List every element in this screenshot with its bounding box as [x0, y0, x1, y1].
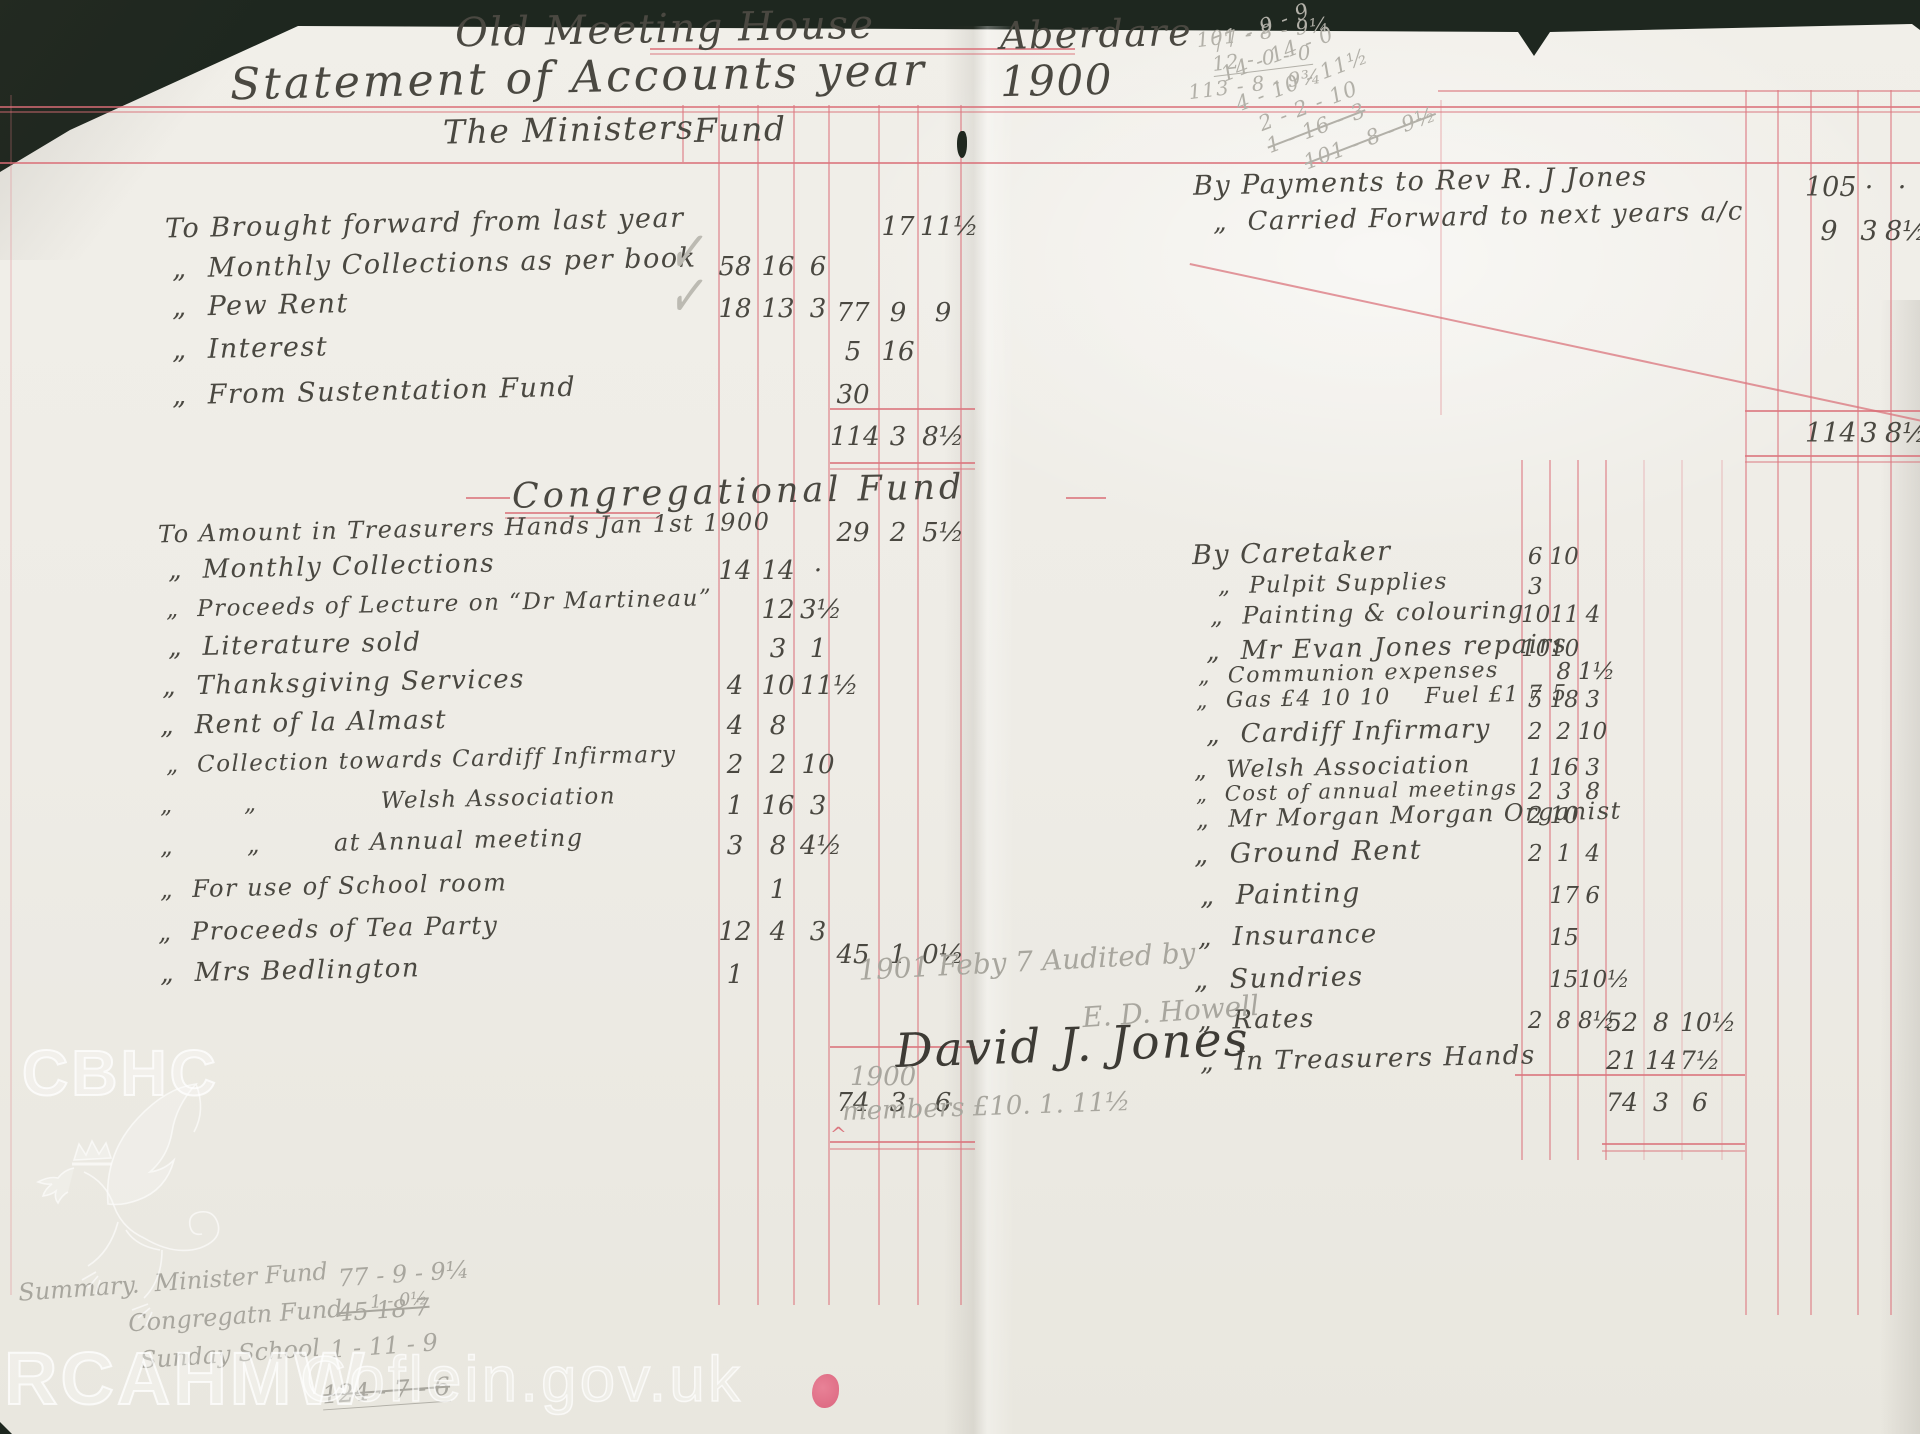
- amount-group: 1510½: [1521, 967, 1607, 993]
- col-rule: [917, 105, 919, 1305]
- amount-group: 1163: [1521, 755, 1607, 781]
- amount-group: 384½: [714, 831, 836, 861]
- amount-group: 31: [714, 634, 836, 664]
- col-rule-far-right: [1810, 90, 1812, 1315]
- col-rule-far-right: [1745, 90, 1747, 1315]
- amount-group: 21147½: [1602, 1046, 1720, 1075]
- amount-group: 105··: [1805, 172, 1919, 203]
- rule-below-cong-total-right-2: [1602, 1150, 1745, 1152]
- amount-group: 288½: [1521, 1008, 1607, 1034]
- amount-group: 210: [1521, 803, 1607, 829]
- amount-group: 52810½: [1602, 1008, 1720, 1037]
- doc-title-town: Aberdare: [1000, 10, 1193, 58]
- ledger-row-label: „ Mrs Bedlington: [160, 953, 421, 988]
- amount-group: 610: [1521, 544, 1607, 570]
- ledger-row-label: „ Painting: [1200, 877, 1362, 911]
- coflein-watermark: Coflein.gov.uk: [300, 1342, 743, 1416]
- rule-below-cong-total-right: [1602, 1143, 1745, 1145]
- amount-group: 238: [1521, 779, 1607, 805]
- right-edge-shadow: [1880, 300, 1920, 1434]
- pink-stain: [812, 1374, 839, 1408]
- year-note: 1900: [850, 1062, 916, 1092]
- ledger-row-label: „ Pulpit Supplies: [1218, 569, 1448, 600]
- amount-group: 1163: [714, 791, 836, 821]
- col-rule-far-right: [1890, 90, 1892, 1315]
- total-amount: 7436: [1602, 1088, 1720, 1117]
- ledger-row-label: „ Insurance: [1198, 919, 1378, 953]
- amount-group: 5183: [1521, 687, 1607, 713]
- col-rule: [757, 105, 759, 1305]
- col-rule-cong-right: [1721, 460, 1723, 1160]
- amount-group: 30: [830, 380, 966, 410]
- amount-group: 3: [1521, 574, 1607, 600]
- cong-title-dash-left: [466, 497, 510, 499]
- amount-group: 48: [714, 711, 836, 741]
- amount-group: 2210: [1521, 719, 1607, 745]
- amount-group: 41011½: [714, 671, 836, 701]
- doc-year: 1900: [999, 55, 1113, 106]
- col-rule: [960, 105, 962, 1305]
- amount-group: 938½: [1805, 216, 1919, 247]
- amount-group: 123½: [714, 595, 836, 625]
- amount-group: 1: [714, 875, 836, 905]
- rule-top-right: [1438, 90, 1920, 92]
- col-rule: [793, 105, 795, 1305]
- rule-above-ministers-total-right: [1745, 410, 1920, 412]
- ledger-row-label: „ Literature sold: [168, 627, 422, 662]
- amount-group: 7799: [830, 298, 966, 328]
- amount-group: 18133: [714, 294, 836, 324]
- amount-group: 1414·: [714, 556, 836, 586]
- rule-below-ministers-total-left: [830, 462, 975, 464]
- rule-below-cong-total-left: [830, 1141, 975, 1143]
- col-rule-right-desc: [1440, 100, 1442, 415]
- col-rule-far-right: [1777, 90, 1779, 1315]
- amount-group: 1711½: [830, 212, 966, 242]
- rule-below-ministers-total-right: [1745, 455, 1920, 457]
- ledger-row-label: „ Pew Rent: [172, 288, 349, 323]
- rule-below-ministers-total-right-2: [1745, 461, 1920, 463]
- rule-below-cong-total-left-2: [830, 1148, 975, 1150]
- amount-group: 2210: [714, 750, 836, 780]
- section-title-ministers: The Ministers: [443, 107, 695, 151]
- ledger-row-label: „ Interest: [172, 331, 329, 365]
- welsh-dragon-watermark-icon: [22, 1072, 257, 1357]
- amount-group: 81½: [1521, 659, 1607, 685]
- ink-blot: [957, 131, 967, 158]
- ledger-row-label: „ Ground Rent: [1194, 835, 1423, 871]
- amount-group: 10114: [1521, 602, 1607, 628]
- scanned-ledger-document: Old Meeting House Aberdare Statement of …: [0, 0, 1920, 1434]
- ledger-row-label: By Caretaker: [1192, 536, 1392, 571]
- amount-group: 15: [1521, 925, 1607, 951]
- amount-group: 1: [714, 960, 836, 990]
- amount-group: 58166: [714, 252, 836, 282]
- amount-group: 176: [1521, 883, 1607, 909]
- amount-group: 1243: [714, 917, 836, 947]
- section-title-ministers-fund: Fund: [694, 109, 787, 150]
- amount-group: 214: [1521, 841, 1607, 867]
- total-amount: 11438½: [830, 422, 966, 452]
- amount-group: 2925½: [830, 518, 966, 548]
- ledger-row-label: „ Cardiff Infirmary: [1206, 714, 1492, 750]
- cong-title-dash-right: [1066, 497, 1106, 499]
- total-amount: 11438½: [1805, 418, 1919, 449]
- ledger-row-label: „ Rent of la Almast: [160, 705, 448, 741]
- col-rule: [718, 105, 720, 1305]
- left-margin-rule: [10, 95, 12, 1295]
- amount-group: 516: [830, 337, 966, 367]
- col-rule-far-right: [1857, 90, 1859, 1315]
